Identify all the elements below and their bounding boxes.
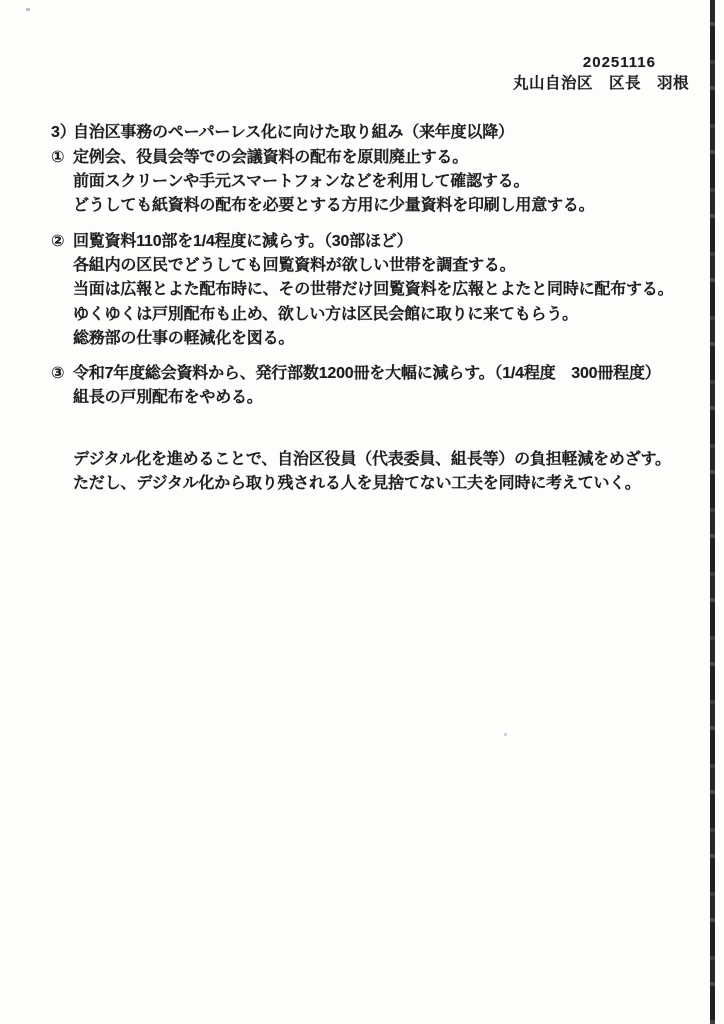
section-1: ①定例会、役員会等での会議資料の配布を原則廃止する。 前面スクリーンや手元スマー… — [51, 146, 711, 219]
section-marker: ① — [51, 146, 73, 170]
text-line: どうしても紙資料の配布を必要とする方用に少量資料を印刷し用意する。 — [73, 194, 711, 218]
document-title-section: 3）自治区事務のペーパーレス化に向けた取り組み（来年度以降） — [51, 121, 711, 145]
text-line: 各組内の区民でどうしても回覧資料が欲しい世帯を調査する。 — [73, 254, 711, 278]
text-line: ただし、デジタル化から取り残される人を見捨てない工夫を同時に考えていく。 — [73, 472, 713, 496]
text-line: 前面スクリーンや手元スマートフォンなどを利用して確認する。 — [73, 170, 711, 194]
scan-edge-artifact — [710, 0, 715, 1024]
text-line: 当面は広報とよた配布時に、その世帯だけ回覧資料を広報とよたと同時に配布する。 — [73, 278, 711, 302]
section-2: ②回覧資料110部を1/4程度に減らす。（30部ほど） 各組内の区民でどうしても… — [51, 230, 711, 351]
text-line-content: 定例会、役員会等での会議資料の配布を原則廃止する。 — [73, 149, 468, 166]
scan-speck-artifact — [26, 8, 30, 11]
text-line: ③令和7年度総会資料から、発行部数1200冊を大幅に減らす。（1/4程度 300… — [51, 362, 711, 386]
text-line: 組長の戸別配布をやめる。 — [73, 386, 711, 410]
text-line: ①定例会、役員会等での会議資料の配布を原則廃止する。 — [51, 146, 711, 170]
text-line: デジタル化を進めることで、自治区役員（代表委員、組長等）の負担軽減をめざす。 — [73, 448, 713, 472]
section-marker: ② — [51, 230, 73, 254]
text-line: ②回覧資料110部を1/4程度に減らす。（30部ほど） — [51, 230, 711, 254]
document-author: 丸山自治区 区長 羽根 — [513, 71, 689, 93]
scanned-document-page: 20251116 丸山自治区 区長 羽根 3）自治区事務のペーパーレス化に向けた… — [0, 0, 724, 1024]
section-3: ③令和7年度総会資料から、発行部数1200冊を大幅に減らす。（1/4程度 300… — [51, 362, 711, 410]
section-marker: ③ — [51, 362, 73, 386]
scan-speck-artifact — [504, 733, 507, 736]
closing-paragraph: デジタル化を進めることで、自治区役員（代表委員、組長等）の負担軽減をめざす。 た… — [73, 448, 713, 496]
document-title: 自治区事務のペーパーレス化に向けた取り組み（来年度以降） — [73, 124, 514, 141]
text-line: 総務部の仕事の軽減化を図る。 — [73, 327, 711, 351]
text-line: 3）自治区事務のペーパーレス化に向けた取り組み（来年度以降） — [51, 121, 711, 145]
document-date: 20251116 — [583, 54, 656, 71]
section-marker: 3） — [51, 121, 73, 145]
text-line-content: 回覧資料110部を1/4程度に減らす。（30部ほど） — [73, 233, 412, 250]
text-line: ゆくゆくは戸別配布も止め、欲しい方は区民会館に取りに来てもらう。 — [73, 303, 711, 327]
text-line-content: 令和7年度総会資料から、発行部数1200冊を大幅に減らす。（1/4程度 300冊… — [73, 365, 661, 382]
